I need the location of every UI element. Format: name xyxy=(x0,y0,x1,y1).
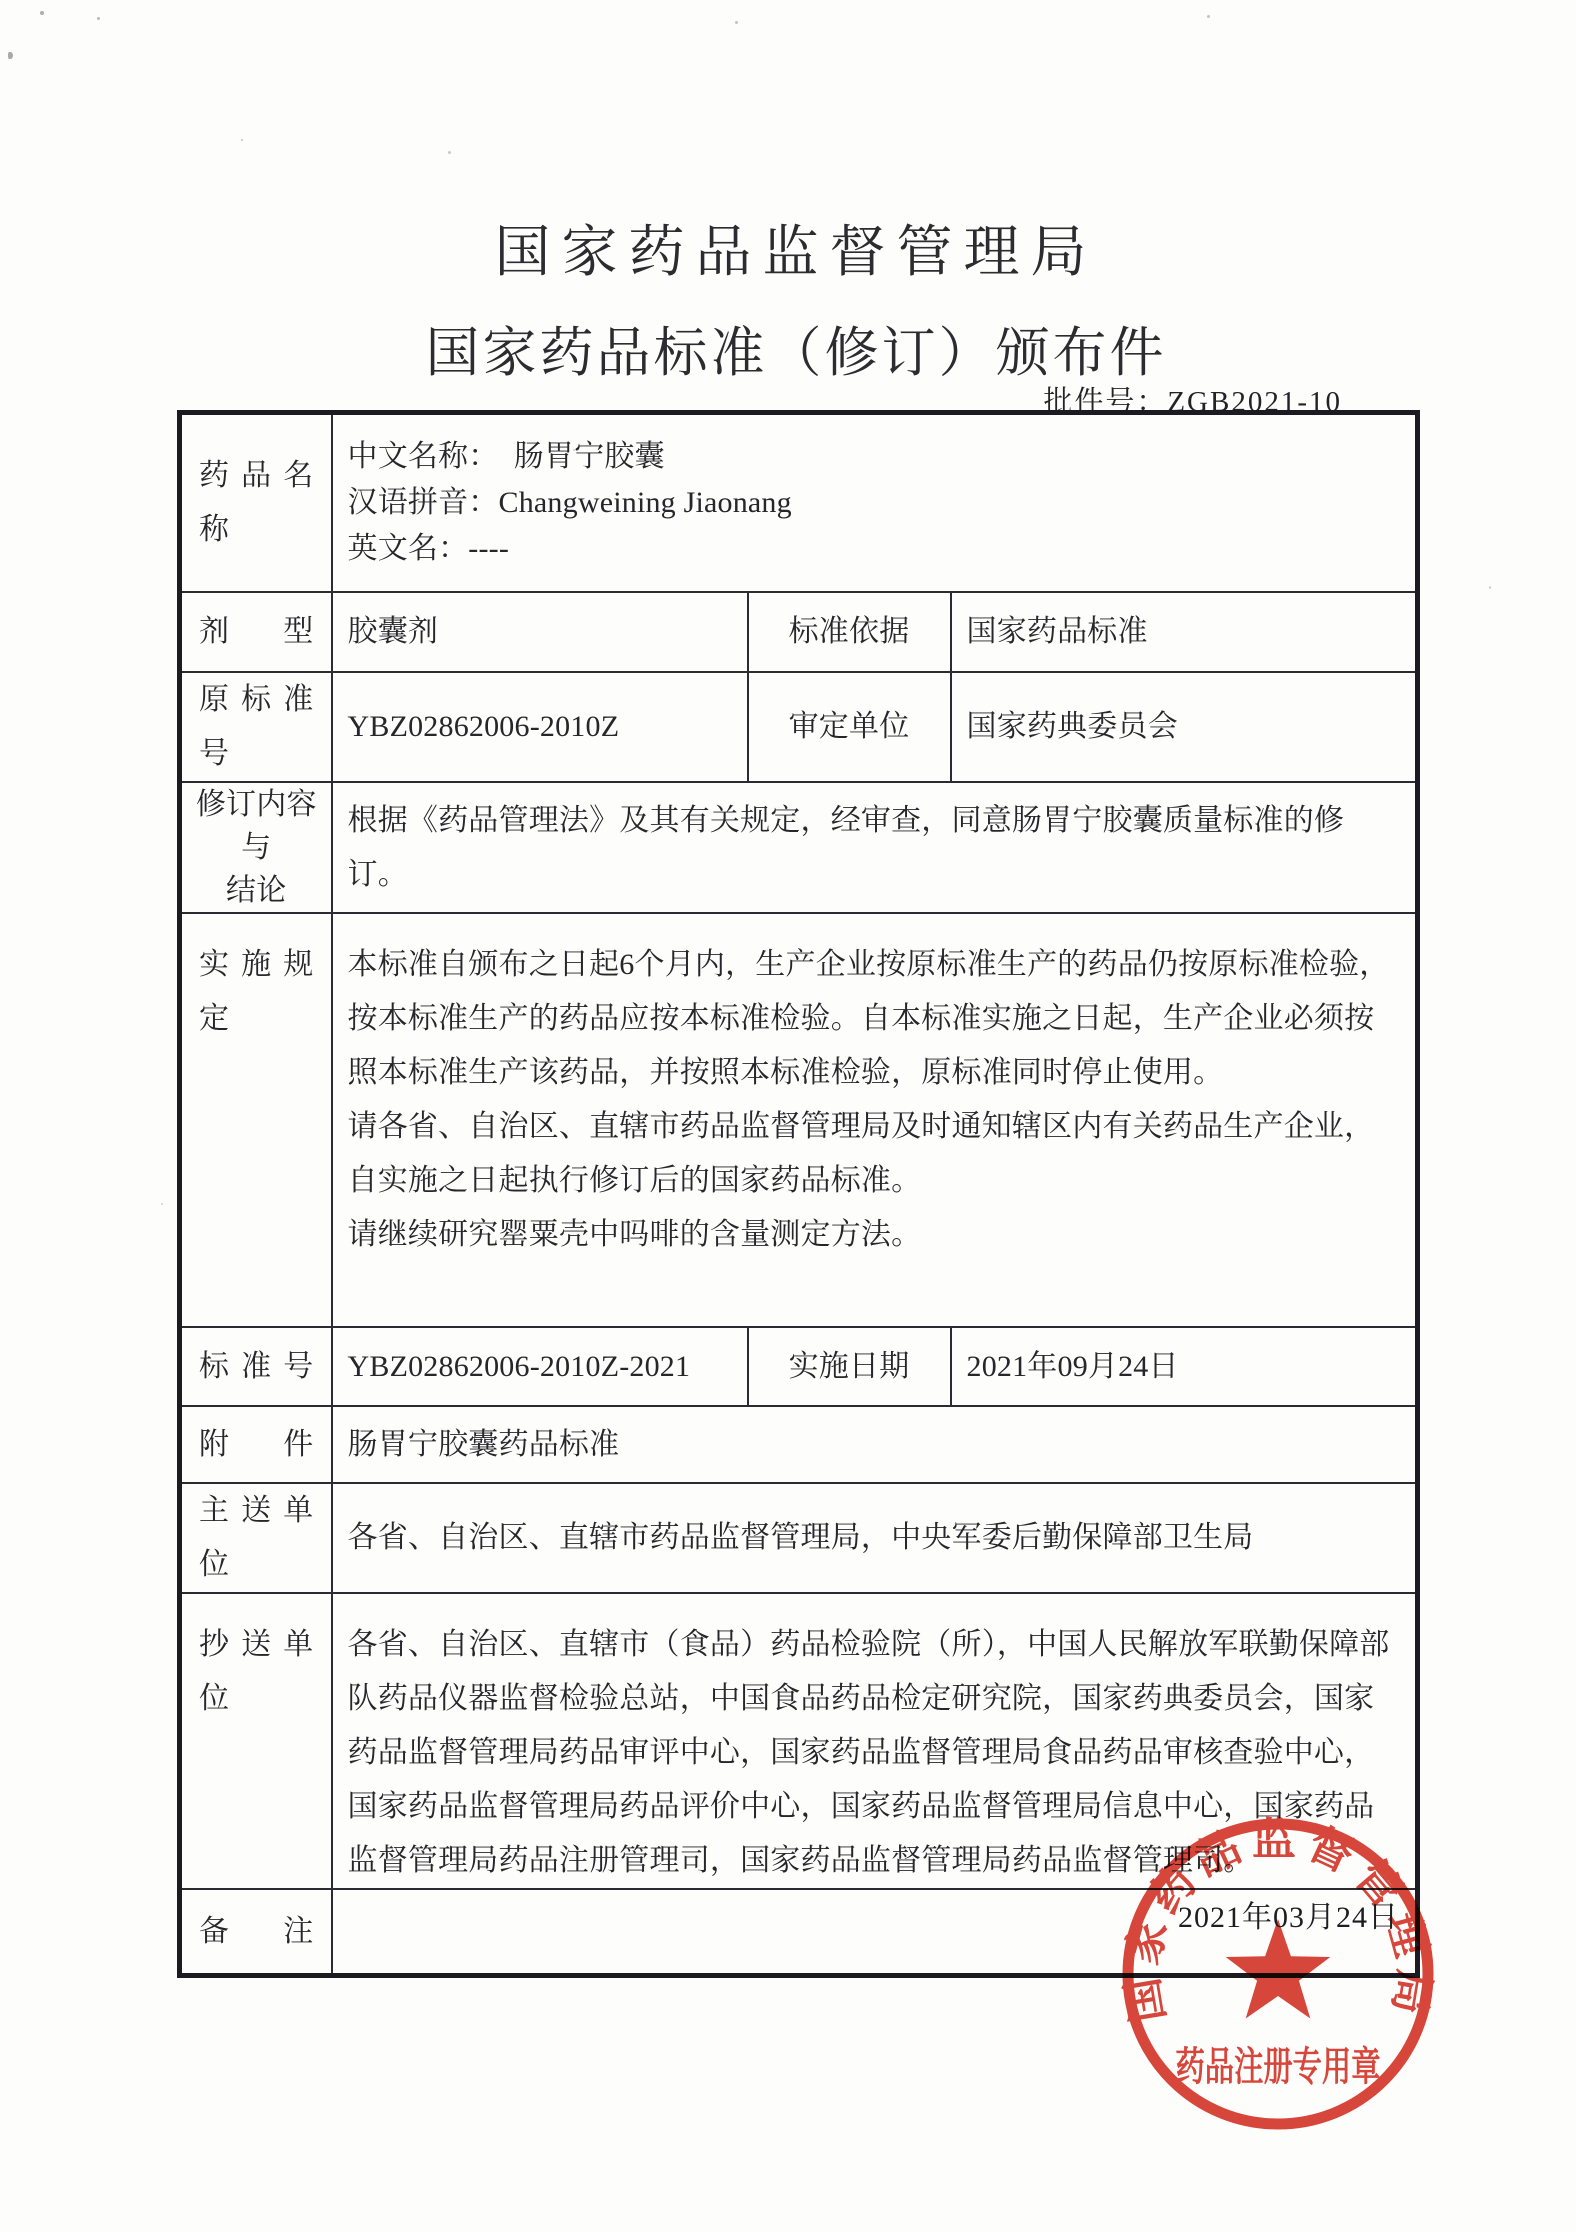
dust-speck xyxy=(1489,586,1491,589)
doc-subtitle: 国家药品标准（修订）颁布件 xyxy=(177,310,1415,387)
dust-speck xyxy=(40,11,44,15)
attachment-label: 附件 xyxy=(180,1406,332,1483)
seal-bottom-text: 药品注册专用章 xyxy=(1176,2044,1381,2089)
drug-name-cell: 中文名称： 肠胃宁胶囊 汉语拼音：Changweining Jiaonang 英… xyxy=(332,413,1418,593)
implementation-date-value: 2021年09月24日 xyxy=(951,1327,1418,1406)
dosage-form-value: 胶囊剂 xyxy=(332,592,748,672)
main-recipients-value: 各省、自治区、直辖市药品监督管理局，中央军委后勤保障部卫生局 xyxy=(332,1483,1418,1593)
dust-speck xyxy=(241,139,243,141)
table-row: 附件 肠胃宁胶囊药品标准 xyxy=(180,1406,1418,1483)
attachment-value: 肠胃宁胶囊药品标准 xyxy=(332,1406,1418,1483)
page-title: 国家药品监督管理局 xyxy=(177,208,1415,288)
dust-speck xyxy=(8,52,13,59)
main-recipients-label: 主送单位 xyxy=(180,1483,332,1593)
table-row: 修订内容 与 结论 根据《药品管理法》及其有关规定，经审查，同意肠胃宁胶囊质量标… xyxy=(180,782,1418,913)
issue-date: 2021年03月24日 xyxy=(1178,1892,1399,1936)
standard-basis-label: 标准依据 xyxy=(748,592,951,672)
drug-name-label: 药品名称 xyxy=(180,413,332,593)
dust-speck xyxy=(573,449,575,451)
cc-recipients-label: 抄送单位 xyxy=(180,1593,332,1889)
table-row: 药品名称 中文名称： 肠胃宁胶囊 汉语拼音：Changweining Jiaon… xyxy=(180,413,1418,593)
dust-speck xyxy=(97,17,100,20)
drug-name-english: 英文名：---- xyxy=(348,526,1401,572)
table-row: 主送单位 各省、自治区、直辖市药品监督管理局，中央军委后勤保障部卫生局 xyxy=(180,1483,1418,1593)
original-standard-no-value: YBZ02862006-2010Z xyxy=(332,672,748,782)
implementation-value: 本标准自颁布之日起6个月内，生产企业按原标准生产的药品仍按原标准检验，按本标准生… xyxy=(332,913,1418,1327)
table-row: 剂型 胶囊剂 标准依据 国家药品标准 xyxy=(180,592,1418,672)
revision-label: 修订内容 与 结论 xyxy=(180,782,332,913)
dust-speck xyxy=(1207,15,1210,18)
standard-basis-value: 国家药品标准 xyxy=(951,592,1418,672)
seal-graphic: 国家药品监督管理局 药品注册专用章 xyxy=(1118,1814,1438,2134)
drug-name-chinese: 中文名称： 肠胃宁胶囊 xyxy=(348,434,1401,480)
review-unit-value: 国家药典委员会 xyxy=(951,672,1418,782)
dosage-form-label: 剂型 xyxy=(180,592,332,672)
standard-no-value: YBZ02862006-2010Z-2021 xyxy=(332,1327,748,1406)
table-row: 原标准号 YBZ02862006-2010Z 审定单位 国家药典委员会 xyxy=(180,672,1418,782)
official-seal: 国家药品监督管理局 药品注册专用章 xyxy=(1118,1814,1438,2134)
implementation-date-label: 实施日期 xyxy=(748,1327,951,1406)
implementation-label: 实施规定 xyxy=(180,913,332,1327)
document-sheet: 国家药品监督管理局 国家药品标准（修订）颁布件 批件号：ZGB2021-10 药… xyxy=(0,0,1576,2232)
drug-name-pinyin: 汉语拼音：Changweining Jiaonang xyxy=(348,480,1401,526)
standard-revision-table: 药品名称 中文名称： 肠胃宁胶囊 汉语拼音：Changweining Jiaon… xyxy=(177,410,1420,1978)
table-row: 实施规定 本标准自颁布之日起6个月内，生产企业按原标准生产的药品仍按原标准检验，… xyxy=(180,913,1418,1327)
revision-value: 根据《药品管理法》及其有关规定，经审查，同意肠胃宁胶囊质量标准的修订。 xyxy=(332,782,1418,913)
standard-no-label: 标准号 xyxy=(180,1327,332,1406)
original-standard-no-label: 原标准号 xyxy=(180,672,332,782)
remarks-label: 备注 xyxy=(180,1889,332,1976)
dust-speck xyxy=(448,151,451,154)
review-unit-label: 审定单位 xyxy=(748,672,951,782)
dust-speck xyxy=(735,21,738,24)
table-row: 标准号 YBZ02862006-2010Z-2021 实施日期 2021年09月… xyxy=(180,1327,1418,1406)
dust-speck xyxy=(161,1203,163,1205)
